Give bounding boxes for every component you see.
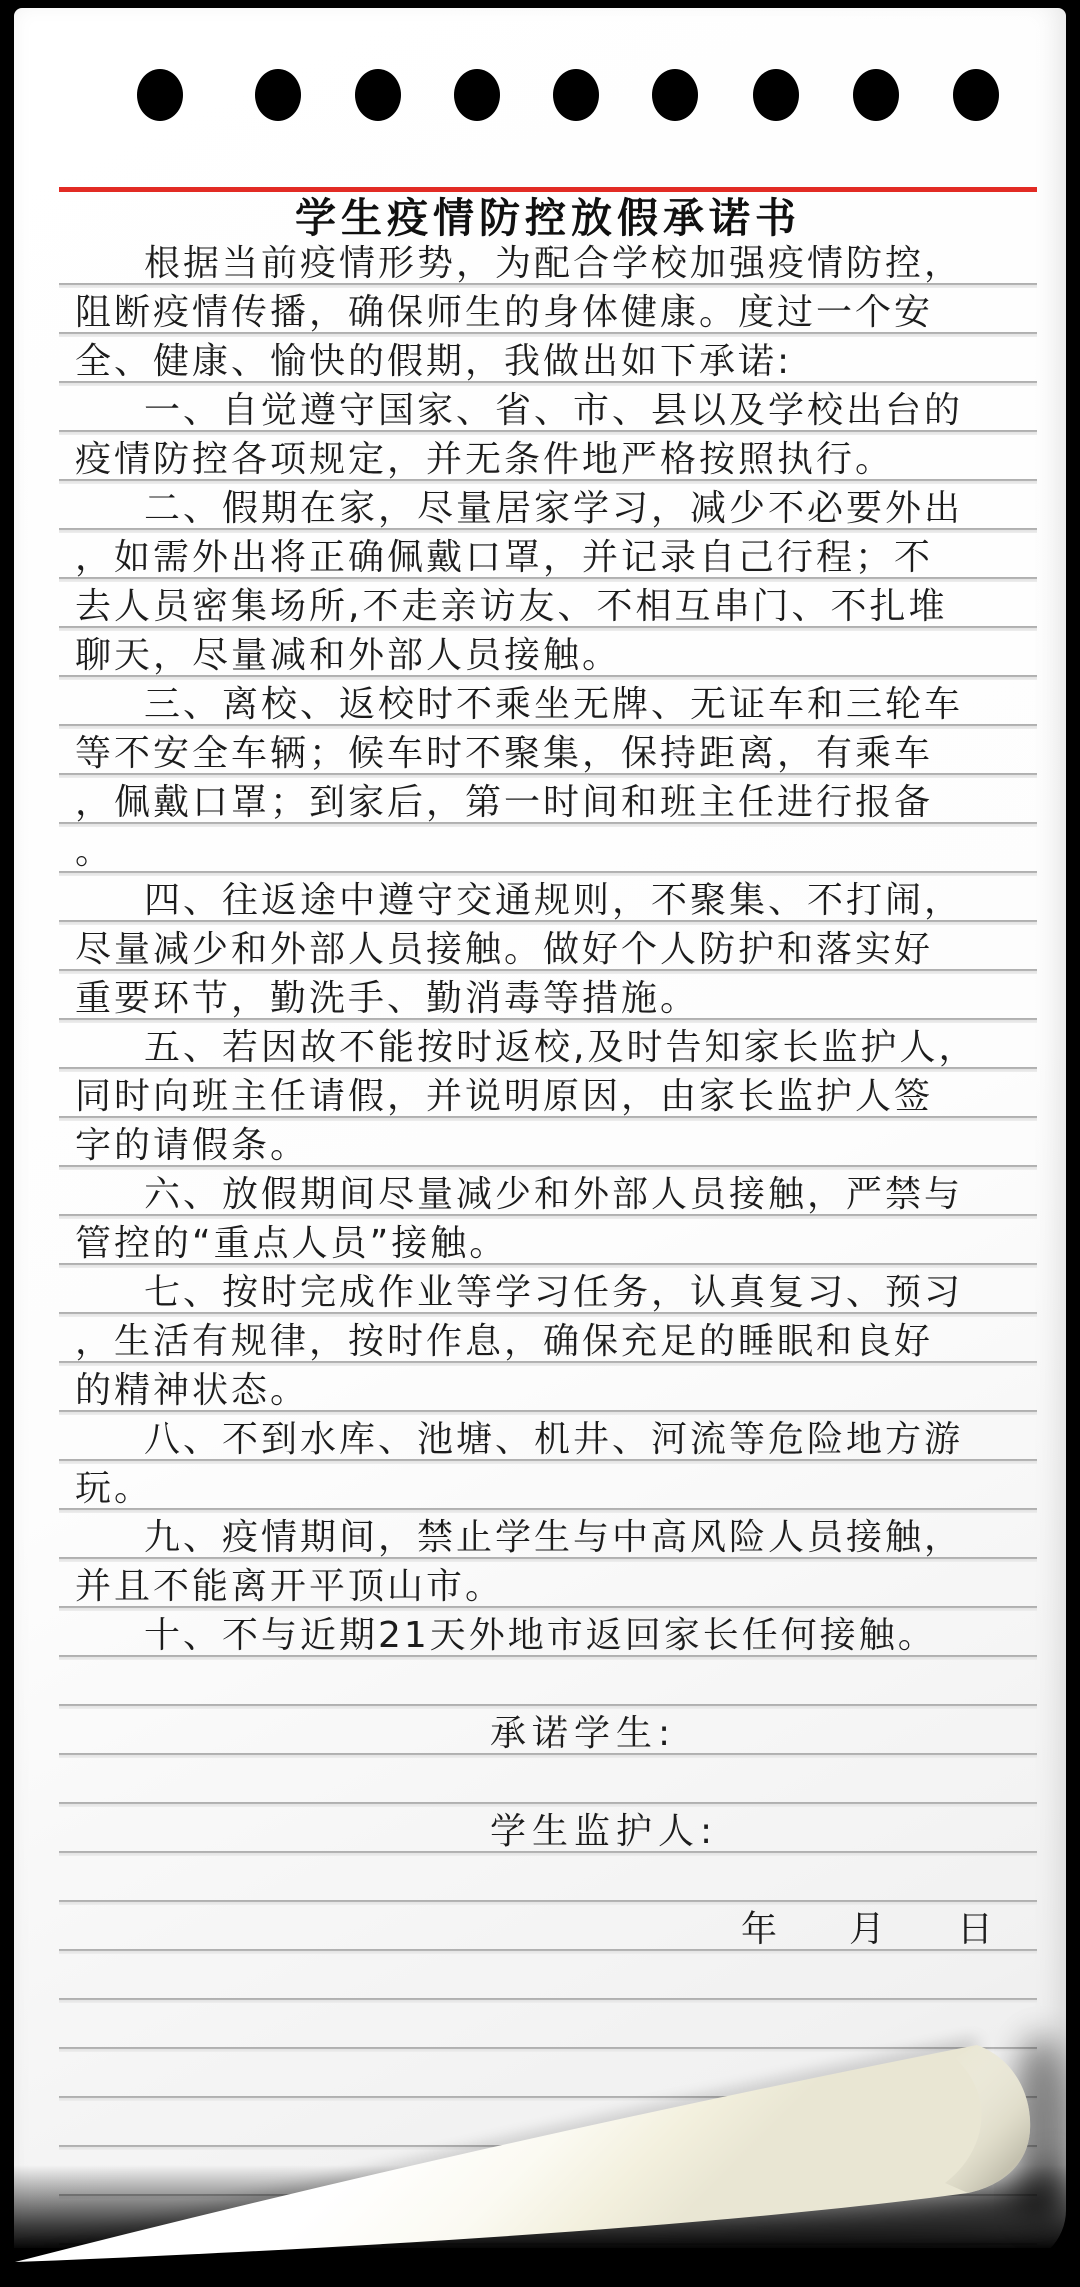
handwritten-text-line: 重要环节，勤洗手、勤消毒等措施。 — [59, 974, 1037, 1023]
document-title-row: 学生疫情防控放假承诺书 — [59, 190, 1037, 239]
handwritten-text-line: 阻断疫情传播，确保师生的身体健康。度过一个安 — [59, 288, 1037, 337]
handwritten-text-line: 去人员密集场所,不走亲访友、不相互串门、不扎堆 — [59, 582, 1037, 631]
handwritten-text-line: 聊天，尽量减和外部人员接触。 — [59, 631, 1037, 680]
handwritten-text-line: 尽量减少和外部人员接触。做好个人防护和落实好 — [59, 925, 1037, 974]
handwritten-text-line — [59, 1660, 1037, 1709]
handwritten-text-line: 六、放假期间尽量减少和外部人员接触，严禁与 — [59, 1170, 1037, 1219]
handwritten-text-line: ，如需外出将正确佩戴口罩，并记录自己行程；不 — [59, 533, 1037, 582]
punch-hole-icon — [454, 69, 500, 121]
handwritten-text-line: 四、往返途中遵守交通规则，不聚集、不打闹， — [59, 876, 1037, 925]
handwritten-text-line: 学生监护人: — [59, 1807, 1037, 1856]
handwritten-text-line: 管控的“重点人员”接触。 — [59, 1219, 1037, 1268]
binder-punch-holes — [0, 61, 1080, 129]
punch-hole-icon — [853, 69, 899, 121]
handwritten-text-line: 疫情防控各项规定，并无条件地严格按照执行。 — [59, 435, 1037, 484]
document-title: 学生疫情防控放假承诺书 — [295, 185, 801, 244]
page-curl-corner — [0, 1980, 1080, 2287]
handwritten-text-line: 承诺学生: — [59, 1709, 1037, 1758]
handwritten-text-line: 根据当前疫情形势，为配合学校加强疫情防控， — [59, 239, 1037, 288]
black-background: 学生疫情防控放假承诺书 根据当前疫情形势，为配合学校加强疫情防控，阻断疫情传播，… — [0, 0, 1080, 2287]
punch-hole-icon — [953, 69, 999, 121]
handwritten-text-line: 玩。 — [59, 1464, 1037, 1513]
punch-hole-icon — [553, 69, 599, 121]
handwritten-text-line: 等不安全车辆；候车时不聚集，保持距离，有乘车 — [59, 729, 1037, 778]
punch-hole-icon — [652, 69, 698, 121]
punch-hole-icon — [137, 69, 183, 121]
handwritten-text-line: 。 — [59, 827, 1037, 876]
handwritten-text-line: 五、若因故不能按时返校,及时告知家长监护人， — [59, 1023, 1037, 1072]
handwritten-text-line: 同时向班主任请假，并说明原因，由家长监护人签 — [59, 1072, 1037, 1121]
handwritten-text-line: 二、假期在家，尽量居家学习，减少不必要外出 — [59, 484, 1037, 533]
handwritten-text-line: 年 月 日 — [59, 1905, 1037, 1954]
ruled-text-area: 根据当前疫情形势，为配合学校加强疫情防控，阻断疫情传播，确保师生的身体健康。度过… — [59, 239, 1037, 2248]
handwritten-text-line: 一、自觉遵守国家、省、市、县以及学校出台的 — [59, 386, 1037, 435]
handwritten-text-line: 七、按时完成作业等学习任务，认真复习、预习 — [59, 1268, 1037, 1317]
handwritten-text-line: 十、不与近期21天外地市返回家长任何接触。 — [59, 1611, 1037, 1660]
handwritten-text-line — [59, 1856, 1037, 1905]
handwritten-text-line: 的精神状态。 — [59, 1366, 1037, 1415]
punch-hole-icon — [355, 69, 401, 121]
handwritten-text-line: 九、疫情期间，禁止学生与中高风险人员接触， — [59, 1513, 1037, 1562]
handwritten-text-line: ，佩戴口罩；到家后，第一时间和班主任进行报备 — [59, 778, 1037, 827]
handwritten-text-line: 全、健康、愉快的假期，我做出如下承诺: — [59, 337, 1037, 386]
handwritten-text-line: 字的请假条。 — [59, 1121, 1037, 1170]
handwritten-text-line: 并且不能离开平顶山市。 — [59, 1562, 1037, 1611]
handwritten-text-line: ，生活有规律，按时作息，确保充足的睡眠和良好 — [59, 1317, 1037, 1366]
handwritten-text-line: 三、离校、返校时不乘坐无牌、无证车和三轮车 — [59, 680, 1037, 729]
handwritten-text-line — [59, 1758, 1037, 1807]
handwritten-text-line: 八、不到水库、池塘、机井、河流等危险地方游 — [59, 1415, 1037, 1464]
punch-hole-icon — [255, 69, 301, 121]
punch-hole-icon — [753, 69, 799, 121]
